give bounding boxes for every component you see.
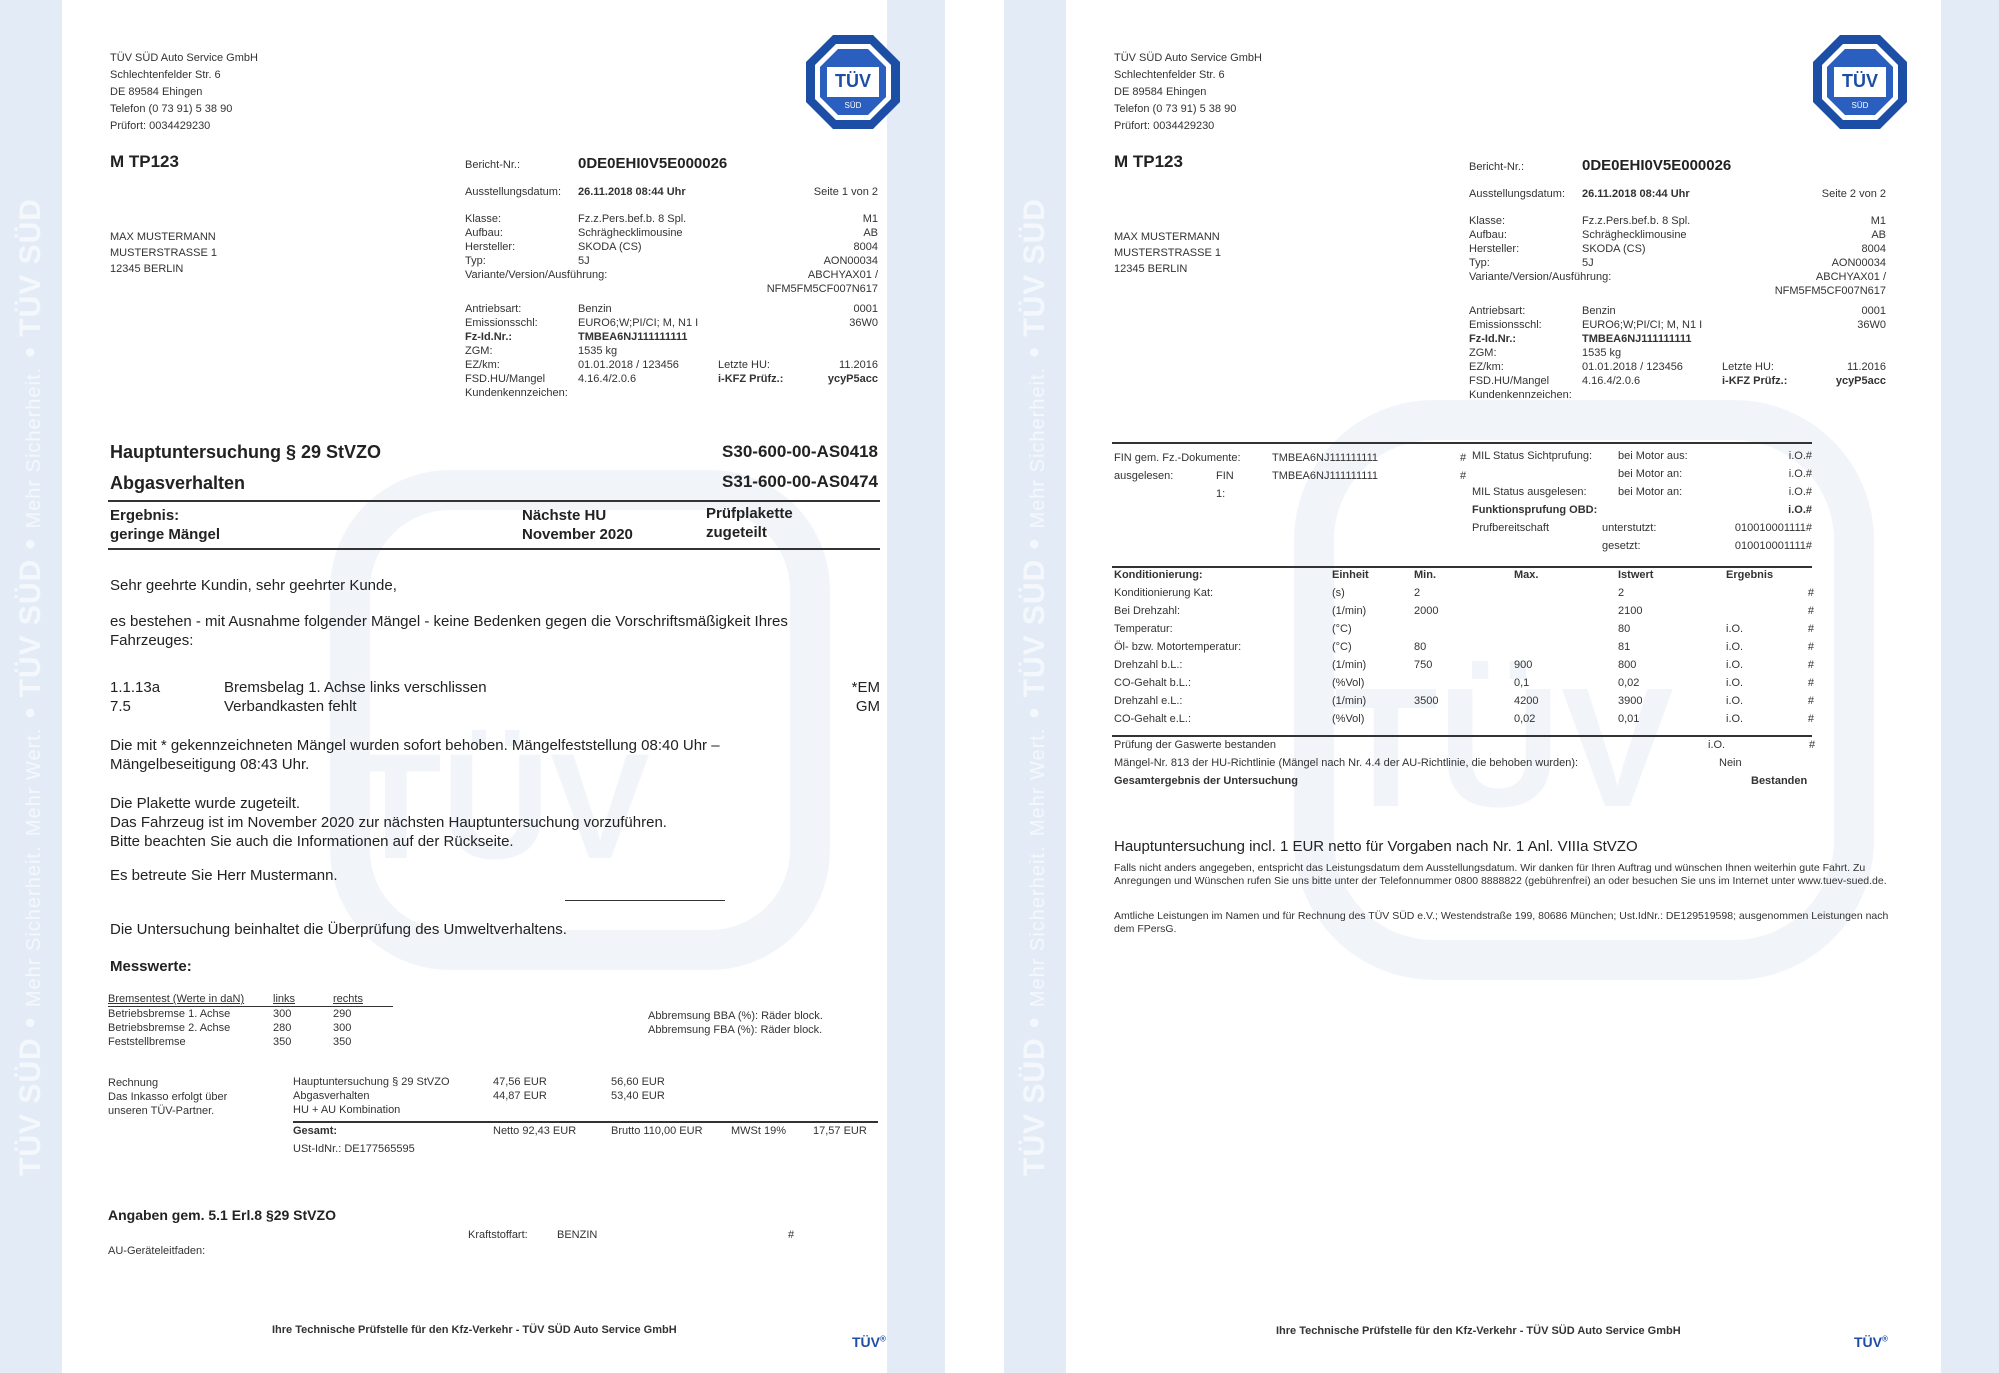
kond-row: CO-Gehalt b.L.:(%Vol)0,10,02i.O.# xyxy=(1114,676,1814,694)
page-number: Seite 2 von 2 xyxy=(1774,187,1886,201)
vehicle-label: Kundenkennzeichen: xyxy=(465,386,568,400)
kond-cell xyxy=(1414,712,1514,730)
kond-row: Konditionierung Kat:(s)22# xyxy=(1114,586,1814,604)
invoice-label: Abgasverhalten xyxy=(293,1089,493,1103)
kond-cell: i.O. xyxy=(1726,712,1802,730)
kond-cell: Konditionierung Kat: xyxy=(1114,586,1332,604)
vehicle-code: M1 xyxy=(1871,214,1886,228)
brake-header-cell: links xyxy=(273,992,333,1007)
kond-cell xyxy=(1514,622,1618,640)
invoice-brutto xyxy=(611,1103,731,1117)
divider xyxy=(108,548,880,550)
vehicle-label: FSD.HU/Mangel xyxy=(465,372,545,386)
kond-header-cell: Istwert xyxy=(1618,568,1726,586)
kond-cell: 0,01 xyxy=(1618,712,1726,730)
vehicle-data-2: Antriebsart:Benzin0001Emissionsschl:EURO… xyxy=(1469,304,1886,402)
kond-cell: # xyxy=(1802,658,1814,676)
vehicle-label: FSD.HU/Mangel xyxy=(1469,374,1549,388)
vehicle-row: Hersteller:SKODA (CS)8004 xyxy=(1469,242,1886,256)
kond-cell: # xyxy=(1802,640,1814,658)
obd-sub: bei Motor aus: xyxy=(1618,449,1688,463)
footer-text: Ihre Technische Prüfstelle für den Kfz-V… xyxy=(1276,1324,1681,1338)
vehicle-code: NFM5FM5CF007N617 xyxy=(1775,284,1886,298)
brake-cell: Feststellbremse xyxy=(108,1035,273,1049)
kond-cell: (%Vol) xyxy=(1332,676,1414,694)
report-number: 0DE0EHI0V5E000026 xyxy=(1582,157,1731,174)
vehicle-code: M1 xyxy=(863,212,878,226)
vehicle-mid: Letzte HU: xyxy=(718,358,770,372)
greeting: Sehr geehrte Kundin, sehr geehrter Kunde… xyxy=(110,576,397,595)
obd-label: MIL Status ausgelesen: xyxy=(1472,485,1587,499)
svg-text:SÜD: SÜD xyxy=(1852,101,1869,110)
vehicle-code: 0001 xyxy=(854,302,878,316)
invoice-brutto: 56,60 EUR xyxy=(611,1075,731,1089)
abgas-code: S31-600-00-AS0474 xyxy=(703,472,878,492)
invoice-netto: 47,56 EUR xyxy=(493,1075,611,1089)
kond-cell: 0,1 xyxy=(1514,676,1618,694)
vehicle-code: 36W0 xyxy=(849,316,878,330)
report-number-label: Bericht-Nr.: xyxy=(1469,160,1524,174)
kond-cell: 2000 xyxy=(1414,604,1514,622)
svg-text:SÜD: SÜD xyxy=(845,101,862,110)
next-hu: Nächste HU November 2020 xyxy=(522,506,633,544)
defect-code: 1.1.13a xyxy=(110,678,160,697)
obd-row: gesetzt:010010001111# xyxy=(1472,539,1812,557)
vehicle-row: Antriebsart:Benzin0001 xyxy=(465,302,878,316)
vehicle-row: FSD.HU/Mangel4.16.4/2.0.6i-KFZ Prüfz.:yc… xyxy=(465,372,878,386)
kond-cell: Öl- bzw. Motortemperatur: xyxy=(1114,640,1332,658)
obd-row: MIL Status ausgelesen:bei Motor an:i.O.# xyxy=(1472,485,1812,503)
kond-cell: # xyxy=(1802,586,1814,604)
kond-row: CO-Gehalt e.L.:(%Vol)0,020,01i.O.# xyxy=(1114,712,1814,730)
defect-row: 1.1.13aBremsbelag 1. Achse links verschl… xyxy=(110,678,880,697)
obd-value: i.O.# xyxy=(1789,485,1812,499)
vehicle-row: Typ:5JAON00034 xyxy=(1469,256,1886,270)
conditioning-table: Konditionierung:EinheitMin.Max.IstwertEr… xyxy=(1114,568,1814,730)
vehicle-code: 8004 xyxy=(1862,242,1886,256)
vehicle-value: TMBEA6NJ111111111 xyxy=(1582,332,1692,346)
fixed-note: Die mit * gekennzeichneten Mängel wurden… xyxy=(110,736,770,774)
vehicle-label: Klasse: xyxy=(465,212,501,226)
brake-row: Betriebsbremse 2. Achse280300 xyxy=(108,1021,393,1035)
vehicle-mid: i-KFZ Prüfz.: xyxy=(718,372,783,386)
vehicle-data-2: Antriebsart:Benzin0001Emissionsschl:EURO… xyxy=(465,302,878,400)
overall-result: Gesamtergebnis der Untersuchung Bestande… xyxy=(1114,774,1814,788)
vehicle-data: Klasse:Fz.z.Pers.bef.b. 8 Spl.M1Aufbau:S… xyxy=(465,212,878,296)
obd-row: Prufbereitschaftunterstutzt:010010001111… xyxy=(1472,521,1812,539)
doc-code: M TP123 xyxy=(1114,152,1183,172)
kond-cell: 80 xyxy=(1618,622,1726,640)
brake-header-cell: Bremsentest (Werte in daN) xyxy=(108,992,273,1007)
vehicle-label: Typ: xyxy=(465,254,486,268)
kond-cell: 2 xyxy=(1618,586,1726,604)
kond-cell: (1/min) xyxy=(1332,694,1414,712)
issue-date: 26.11.2018 08:44 Uhr xyxy=(578,185,686,199)
obd-row: bei Motor an:i.O.# xyxy=(1472,467,1812,485)
obd-sub: unterstutzt: xyxy=(1602,521,1656,535)
vehicle-row: Hersteller:SKODA (CS)8004 xyxy=(465,240,878,254)
kond-cell: 0,02 xyxy=(1514,712,1618,730)
gas-test: Prüfung der Gaswerte bestanden i.O. # xyxy=(1114,738,1814,752)
vehicle-value: 1535 kg xyxy=(578,344,617,358)
vehicle-code: 36W0 xyxy=(1857,318,1886,332)
report-number: 0DE0EHI0V5E000026 xyxy=(578,155,727,172)
divider xyxy=(293,1121,878,1123)
vehicle-code: 11.2016 xyxy=(1847,360,1886,374)
hu-code: S30-600-00-AS0418 xyxy=(703,442,878,462)
vehicle-value: Schrägheckli­mousine xyxy=(1582,228,1687,242)
vehicle-label: Kundenkennzeichen: xyxy=(1469,388,1572,402)
vehicle-value: 5J xyxy=(1582,256,1594,270)
vehicle-row: Emissionsschl:EURO6;W;PI/CI; M, N1 I36W0 xyxy=(465,316,878,330)
vehicle-code: AB xyxy=(1871,228,1886,242)
vehicle-value: 4.16.4/2.0.6 xyxy=(1582,374,1640,388)
kond-cell: 750 xyxy=(1414,658,1514,676)
vehicle-data: Klasse:Fz.z.Pers.bef.b. 8 Spl.M1Aufbau:S… xyxy=(1469,214,1886,298)
vehicle-value: Fz.z.Pers.bef.b. 8 Spl. xyxy=(578,212,686,226)
kond-header-cell: Min. xyxy=(1414,568,1514,586)
obd-label: Funktionsprufung OBD: xyxy=(1472,503,1597,517)
brake-cell: 300 xyxy=(273,1007,333,1022)
kond-cell: Temperatur: xyxy=(1114,622,1332,640)
invoice-row: HU + AU Kombination xyxy=(293,1103,731,1117)
obd-sub: bei Motor an: xyxy=(1618,467,1682,481)
vehicle-code: ycyP5acc xyxy=(828,372,878,386)
vehicle-code: 8004 xyxy=(854,240,878,254)
obd-value: i.O.# xyxy=(1789,467,1812,481)
vehicle-label: ZGM: xyxy=(1469,346,1497,360)
vehicle-label: Antriebsart: xyxy=(1469,304,1525,318)
vehicle-label: Emissionsschl: xyxy=(1469,318,1542,332)
kond-cell xyxy=(1726,604,1802,622)
issue-date: 26.11.2018 08:44 Uhr xyxy=(1582,187,1690,201)
kraftstoff-value: BENZIN xyxy=(557,1228,597,1242)
invoice-row: Hauptuntersuchung § 29 StVZO47,56 EUR56,… xyxy=(293,1075,731,1089)
vehicle-value: Schrägheckli­mousine xyxy=(578,226,683,240)
kond-cell: 2 xyxy=(1414,586,1514,604)
watermark-octagon xyxy=(330,470,830,970)
customer-address: MAX MUSTERMANN MUSTERSTRASSE 1 12345 BER… xyxy=(110,229,217,277)
brake-cell: 350 xyxy=(273,1035,333,1049)
invoice-items: Hauptuntersuchung § 29 StVZO47,56 EUR56,… xyxy=(293,1075,731,1117)
footer-text: Ihre Technische Prüfstelle für den Kfz-V… xyxy=(272,1323,677,1337)
kond-header-cell xyxy=(1802,568,1814,586)
report-page-1: TÜV SÜD • Mehr Sicherheit. Mehr Wert. • … xyxy=(0,0,945,1373)
kond-cell: i.O. xyxy=(1726,622,1802,640)
intro-text: es bestehen - mit Ausnahme folgender Män… xyxy=(110,612,870,650)
kond-cell xyxy=(1514,640,1618,658)
angaben-title: Angaben gem. 5.1 Erl.8 §29 StVZO xyxy=(108,1207,336,1223)
kond-cell: i.O. xyxy=(1726,640,1802,658)
vehicle-value: Benzin xyxy=(1582,304,1616,318)
vehicle-row: FSD.HU/Mangel4.16.4/2.0.6i-KFZ Prüfz.:yc… xyxy=(1469,374,1886,388)
vehicle-row: NFM5FM5CF007N617 xyxy=(1469,284,1886,298)
umwelt-text: Die Untersuchung beinhaltet die Überprüf… xyxy=(110,920,567,939)
brake-row: Feststellbremse350350 xyxy=(108,1035,393,1049)
kraftstoff-label: Kraftstoffart: xyxy=(468,1228,528,1242)
vehicle-code: ABCHYAX01 / xyxy=(808,268,878,282)
vehicle-row: Klasse:Fz.z.Pers.bef.b. 8 Spl.M1 xyxy=(465,212,878,226)
kond-cell: # xyxy=(1802,676,1814,694)
vehicle-row: NFM5FM5CF007N617 xyxy=(465,282,878,296)
brand-stripe-left: TÜV SÜD • Mehr Sicherheit. Mehr Wert. • … xyxy=(0,0,62,1373)
vehicle-code: AB xyxy=(863,226,878,240)
defect-text: Verbandkasten fehlt xyxy=(224,697,357,716)
obd-value: i.O.# xyxy=(1788,503,1812,517)
kond-cell: 4200 xyxy=(1514,694,1618,712)
invoice-label: Hauptuntersuchung § 29 StVZO xyxy=(293,1075,493,1089)
info-text-2: Amtliche Leistungen im Namen und für Rec… xyxy=(1114,910,1889,936)
kond-cell xyxy=(1414,622,1514,640)
vehicle-value: EURO6;W;PI/CI; M, N1 I xyxy=(1582,318,1702,332)
defect-list: 1.1.13aBremsbelag 1. Achse links verschl… xyxy=(110,678,880,716)
vehicle-row: EZ/km:01.01.2018 / 123456Letzte HU:11.20… xyxy=(465,358,878,372)
obd-label: Prufbereitschaft xyxy=(1472,521,1549,535)
kond-cell: (°C) xyxy=(1332,622,1414,640)
kond-cell: i.O. xyxy=(1726,676,1802,694)
obd-value: 010010001111# xyxy=(1735,521,1812,535)
brake-table: Bremsentest (Werte in daN)linksrechtsBet… xyxy=(108,992,393,1049)
invoice-note: Rechnung Das Inkasso erfolgt über unsere… xyxy=(108,1076,227,1118)
kond-cell: i.O. xyxy=(1726,658,1802,676)
kond-cell: (1/min) xyxy=(1332,658,1414,676)
kond-row: Bei Drehzahl:(1/min)20002100# xyxy=(1114,604,1814,622)
betreut-text: Es betreute Sie Herr Mustermann. xyxy=(110,866,338,885)
kond-cell: # xyxy=(1802,694,1814,712)
brand-stripe-right xyxy=(887,0,945,1373)
vehicle-value: 1535 kg xyxy=(1582,346,1621,360)
abgas-title: Abgasverhalten xyxy=(110,473,245,494)
company-address: TÜV SÜD Auto Service GmbH Schlechtenfeld… xyxy=(1114,50,1262,135)
obd-sub: gesetzt: xyxy=(1602,539,1641,553)
vehicle-label: Fz-Id.Nr.: xyxy=(465,330,512,344)
brake-header: Bremsentest (Werte in daN)linksrechts xyxy=(108,992,393,1007)
kond-cell: 80 xyxy=(1414,640,1514,658)
defect-row: 7.5Verbandkasten fehltGM xyxy=(110,697,880,716)
vehicle-value: 5J xyxy=(578,254,590,268)
vehicle-value: SKODA (CS) xyxy=(578,240,642,254)
vehicle-row: Variante/Version/Ausführung:ABCHYAX01 / xyxy=(465,268,878,282)
vehicle-code: NFM5FM5CF007N617 xyxy=(767,282,878,296)
hu-title: Hauptuntersuchung § 29 StVZO xyxy=(110,442,381,463)
divider xyxy=(1112,442,1812,444)
messwerte-title: Messwerte: xyxy=(110,958,192,975)
vehicle-code: 0001 xyxy=(1862,304,1886,318)
obd-status: MIL Status Sichtprufung:bei Motor aus:i.… xyxy=(1472,449,1812,557)
vehicle-row: EZ/km:01.01.2018 / 123456Letzte HU:11.20… xyxy=(1469,360,1886,374)
kond-cell: CO-Gehalt e.L.: xyxy=(1114,712,1332,730)
vehicle-row: Emissionsschl:EURO6;W;PI/CI; M, N1 I36W0 xyxy=(1469,318,1886,332)
defect-code: 7.5 xyxy=(110,697,131,716)
company-address: TÜV SÜD Auto Service GmbH Schlechtenfeld… xyxy=(110,50,258,135)
kond-cell: 81 xyxy=(1618,640,1726,658)
invoice-brutto: 53,40 EUR xyxy=(611,1089,731,1103)
ust-id: USt-IdNr.: DE177565595 xyxy=(293,1142,415,1156)
vehicle-value: EURO6;W;PI/CI; M, N1 I xyxy=(578,316,698,330)
kond-header: Konditionierung:EinheitMin.Max.IstwertEr… xyxy=(1114,568,1814,586)
defect-class: *EM xyxy=(852,678,880,697)
vehicle-row: Fz-Id.Nr.:TMBEA6NJ111111111 xyxy=(465,330,878,344)
kond-cell: 900 xyxy=(1514,658,1618,676)
kond-cell: 800 xyxy=(1618,658,1726,676)
vehicle-row: ZGM:1535 kg xyxy=(1469,346,1886,360)
kond-cell: i.O. xyxy=(1726,694,1802,712)
kond-cell: Drehzahl b.L.: xyxy=(1114,658,1332,676)
au-label: AU-Geräteleitfaden: xyxy=(108,1244,205,1258)
invoice-netto: 44,87 EUR xyxy=(493,1089,611,1103)
kond-cell: 3500 xyxy=(1414,694,1514,712)
obd-row: Funktionsprufung OBD:i.O.# xyxy=(1472,503,1812,521)
vehicle-value: 4.16.4/2.0.6 xyxy=(578,372,636,386)
info-title: Hauptuntersuchung incl. 1 EUR netto für … xyxy=(1114,838,1638,855)
kond-cell: (%Vol) xyxy=(1332,712,1414,730)
kond-header-cell: Ergebnis xyxy=(1726,568,1802,586)
vehicle-label: Klasse: xyxy=(1469,214,1505,228)
abbremsung: Abbremsung BBA (%): Räder block. Abbrems… xyxy=(648,1009,823,1037)
vehicle-mid: Letzte HU: xyxy=(1722,360,1774,374)
vehicle-row: Kundenkennzeichen: xyxy=(465,386,878,400)
kond-header-cell: Einheit xyxy=(1332,568,1414,586)
vehicle-label: Emissionsschl: xyxy=(465,316,538,330)
brake-header-cell: rechts xyxy=(333,992,393,1007)
footer-logo: TÜV® xyxy=(1854,1334,1888,1350)
kond-cell: # xyxy=(1802,604,1814,622)
obd-row: MIL Status Sichtprufung:bei Motor aus:i.… xyxy=(1472,449,1812,467)
fin-block: FIN gem. Fz.-Dokumente:TMBEA6NJ111111111… xyxy=(1114,449,1241,485)
brake-cell: 290 xyxy=(333,1007,393,1022)
vehicle-code: AON00034 xyxy=(824,254,878,268)
kond-cell xyxy=(1414,676,1514,694)
kond-cell xyxy=(1514,586,1618,604)
vehicle-row: Kundenkennzeichen: xyxy=(1469,388,1886,402)
invoice-total: Gesamt: Netto 92,43 EUR Brutto 110,00 EU… xyxy=(293,1124,878,1138)
vehicle-value: 01.01.2018 / 123456 xyxy=(578,358,679,372)
invoice-label: HU + AU Kombination xyxy=(293,1103,493,1117)
kond-row: Drehzahl b.L.:(1/min)750900800i.O.# xyxy=(1114,658,1814,676)
vehicle-value: TMBEA6NJ111111111 xyxy=(578,330,688,344)
obd-label: MIL Status Sichtprufung: xyxy=(1472,449,1592,463)
vehicle-label: Aufbau: xyxy=(465,226,503,240)
vehicle-label: EZ/km: xyxy=(1469,360,1504,374)
info-text-1: Falls nicht anders angegeben, entspricht… xyxy=(1114,862,1889,888)
report-page-2: TÜV SÜD • Mehr Sicherheit. Mehr Wert. • … xyxy=(1004,0,1999,1373)
brake-cell: 300 xyxy=(333,1021,393,1035)
vehicle-row: Aufbau:Schrägheckli­mousineAB xyxy=(1469,228,1886,242)
footer-logo: TÜV® xyxy=(852,1334,886,1350)
brake-row: Betriebsbremse 1. Achse300290 xyxy=(108,1007,393,1022)
kond-cell: # xyxy=(1802,712,1814,730)
report-number-label: Bericht-Nr.: xyxy=(465,158,520,172)
vehicle-label: Aufbau: xyxy=(1469,228,1507,242)
defect-class: GM xyxy=(856,697,880,716)
brake-cell: 280 xyxy=(273,1021,333,1035)
kond-row: Drehzahl e.L.:(1/min)350042003900i.O.# xyxy=(1114,694,1814,712)
vehicle-value: 01.01.2018 / 123456 xyxy=(1582,360,1683,374)
kond-cell: Drehzahl e.L.: xyxy=(1114,694,1332,712)
vehicle-label: Hersteller: xyxy=(465,240,515,254)
vehicle-code: AON00034 xyxy=(1832,256,1886,270)
vehicle-label: Hersteller: xyxy=(1469,242,1519,256)
kond-row: Öl- bzw. Motortemperatur:(°C)8081i.O.# xyxy=(1114,640,1814,658)
vehicle-mid: i-KFZ Prüfz.: xyxy=(1722,374,1787,388)
page-number: Seite 1 von 2 xyxy=(770,185,878,199)
vehicle-row: Typ:5JAON00034 xyxy=(465,254,878,268)
invoice-row: Abgasverhalten44,87 EUR53,40 EUR xyxy=(293,1089,731,1103)
page-gap xyxy=(945,0,1004,1373)
brake-cell: 350 xyxy=(333,1035,393,1049)
vehicle-row: Fz-Id.Nr.:TMBEA6NJ111111111 xyxy=(1469,332,1886,346)
kond-row: Temperatur:(°C)80i.O.# xyxy=(1114,622,1814,640)
kond-cell: Bei Drehzahl: xyxy=(1114,604,1332,622)
invoice-netto xyxy=(493,1103,611,1117)
vehicle-label: Antriebsart: xyxy=(465,302,521,316)
kond-cell: (°C) xyxy=(1332,640,1414,658)
divider xyxy=(108,500,880,502)
kond-header-cell: Konditionierung: xyxy=(1114,568,1332,586)
vehicle-row: Aufbau:Schrägheckli­mousineAB xyxy=(465,226,878,240)
kond-cell xyxy=(1726,586,1802,604)
vehicle-label: ZGM: xyxy=(465,344,493,358)
kond-header-cell: Max. xyxy=(1514,568,1618,586)
brand-stripe-right xyxy=(1941,0,1999,1373)
plakette-text: Die Plakette wurde zugeteilt. Das Fahrze… xyxy=(110,794,667,851)
issue-date-label: Ausstellungsdatum: xyxy=(1469,187,1565,201)
kond-cell: 2100 xyxy=(1618,604,1726,622)
obd-value: i.O.# xyxy=(1789,449,1812,463)
brake-cell: Betriebsbremse 2. Achse xyxy=(108,1021,273,1035)
issue-date-label: Ausstellungsdatum: xyxy=(465,185,561,199)
vehicle-row: Variante/Version/Ausführung:ABCHYAX01 / xyxy=(1469,270,1886,284)
vehicle-label: Typ: xyxy=(1469,256,1490,270)
vehicle-label: Fz-Id.Nr.: xyxy=(1469,332,1516,346)
maengel-813: Mängel-Nr. 813 der HU-Richtlinie (Mängel… xyxy=(1114,756,1814,770)
vehicle-row: ZGM:1535 kg xyxy=(465,344,878,358)
plakette-status: Prüfplakette zugeteilt xyxy=(706,504,793,542)
vehicle-label: Variante/Version/Ausführung: xyxy=(465,268,607,282)
kond-cell: (s) xyxy=(1332,586,1414,604)
vehicle-label: EZ/km: xyxy=(465,358,500,372)
kond-cell: CO-Gehalt b.L.: xyxy=(1114,676,1332,694)
svg-text:TÜV: TÜV xyxy=(835,71,871,91)
vehicle-code: ycyP5acc xyxy=(1836,374,1886,388)
tuv-logo-icon: TÜV SÜD xyxy=(1810,32,1910,132)
defect-text: Bremsbelag 1. Achse links verschlissen xyxy=(224,678,487,697)
vehicle-value: SKODA (CS) xyxy=(1582,242,1646,256)
brand-stripe-left: TÜV SÜD • Mehr Sicherheit. Mehr Wert. • … xyxy=(1004,0,1066,1373)
customer-address: MAX MUSTERMANN MUSTERSTRASSE 1 12345 BER… xyxy=(1114,229,1221,277)
vehicle-row: Antriebsart:Benzin0001 xyxy=(1469,304,1886,318)
vehicle-value: Benzin xyxy=(578,302,612,316)
obd-sub: bei Motor an: xyxy=(1618,485,1682,499)
hash-mark: # xyxy=(788,1228,794,1242)
signature-line xyxy=(565,900,725,901)
kond-cell: # xyxy=(1802,622,1814,640)
divider xyxy=(1112,735,1812,737)
svg-text:TÜV: TÜV xyxy=(1842,71,1878,91)
brake-cell: Betriebsbremse 1. Achse xyxy=(108,1007,273,1022)
vehicle-label: Variante/Version/Ausführung: xyxy=(1469,270,1611,284)
vehicle-code: 11.2016 xyxy=(839,358,878,372)
kond-cell: 3900 xyxy=(1618,694,1726,712)
kond-cell: 0,02 xyxy=(1618,676,1726,694)
doc-code: M TP123 xyxy=(110,152,179,172)
vehicle-code: ABCHYAX01 / xyxy=(1816,270,1886,284)
result-block: Ergebnis: geringe Mängel xyxy=(110,506,220,544)
obd-value: 010010001111# xyxy=(1735,539,1812,553)
kond-cell xyxy=(1514,604,1618,622)
vehicle-value: Fz.z.Pers.bef.b. 8 Spl. xyxy=(1582,214,1690,228)
tuv-logo-icon: TÜV SÜD xyxy=(803,32,903,132)
